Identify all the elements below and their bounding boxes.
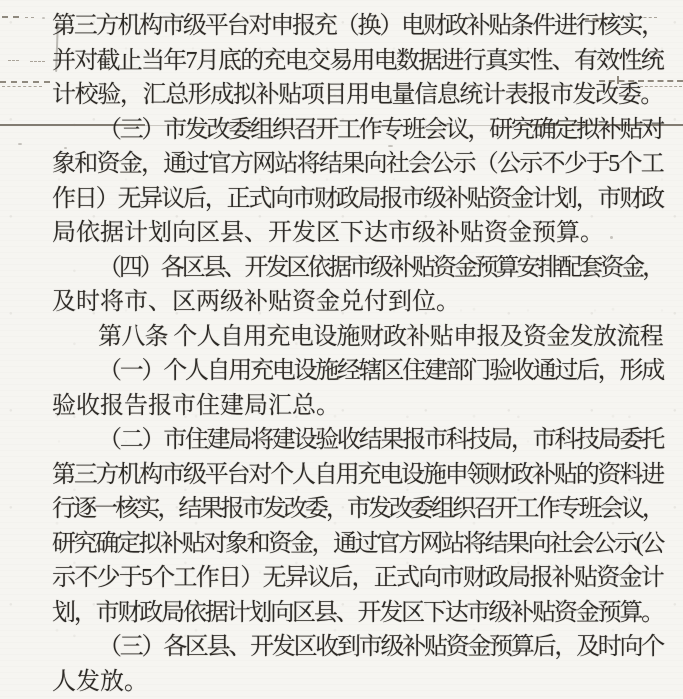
scan-artifact-dash <box>0 81 50 83</box>
text-line: （一）个人自用充电设施经辖区住建部门验收通过后，形成 <box>52 354 663 389</box>
text-line-content: （四）各区县、开发区依据市级补贴资金预算安排配套资金， <box>98 251 663 286</box>
text-line-content: （一）个人自用充电设施经辖区住建部门验收通过后，形成 <box>98 354 663 389</box>
text-line: 行逐一核实，结果报市发改委，市发改委组织召开工作专班会议， <box>52 492 663 527</box>
text-line: （二）市住建局将建设验收结果报市科技局，市科技局委托 <box>52 423 663 458</box>
text-line: （三）各区县、开发区收到市级补贴资金预算后，及时向个 <box>52 630 663 665</box>
text-line-content: 第三方机构市级平台对申报充（换）电财政补贴条件进行核实， <box>52 9 663 44</box>
text-line: 并对截止当年7月底的充电交易用电数据进行真实性、有效性统 <box>52 44 663 79</box>
text-line-content: 象和资金，通过官方网站将结果向社会公示（公示不少于5个工 <box>52 147 663 182</box>
scan-artifact-dash <box>2 16 19 18</box>
text-line: 及时将市、区两级补贴资金兑付到位。 <box>52 285 663 320</box>
text-line-content: （二）市住建局将建设验收结果报市科技局，市科技局委托 <box>98 423 663 458</box>
text-line-content: 行逐一核实，结果报市发改委，市发改委组织召开工作专班会议， <box>52 492 663 527</box>
scan-artifact-dash <box>25 17 34 18</box>
document-body: 第三方机构市级平台对申报充（换）电财政补贴条件进行核实，并对截止当年7月底的充电… <box>52 9 663 699</box>
text-line: 示不少于5个工作日）无异议后，正式向市财政局报补贴资金计 <box>52 561 663 596</box>
text-line: 作日）无异议后，正式向市财政局报市级补贴资金计划，市财政 <box>52 182 663 217</box>
scan-artifact-speck <box>18 143 22 145</box>
text-line: 验收报告报市住建局汇总。 <box>52 389 663 424</box>
scan-artifact-dash <box>8 60 19 61</box>
text-line-content: （三）各区县、开发区收到市级补贴资金预算后，及时向个 <box>98 630 663 665</box>
text-line: 第三方机构市级平台对申报充（换）电财政补贴条件进行核实， <box>52 9 663 44</box>
text-line-content: 验收报告报市住建局汇总。 <box>52 389 340 424</box>
text-line: 划，市财政局依据计划向区县、开发区下达市级补贴资金预算。 <box>52 596 663 631</box>
text-line: 第三方机构市级平台对个人自用充电设施申领财政补贴的资料进 <box>52 458 663 493</box>
text-line-content: 局依据计划向区县、开发区下达市级补贴资金预算。 <box>52 216 604 251</box>
text-line-content: 划，市财政局依据计划向区县、开发区下达市级补贴资金预算。 <box>52 596 663 631</box>
text-line: （三）市发改委组织召开工作专班会议，研究确定拟补贴对 <box>52 113 663 148</box>
text-line-content: 第八条 个人自用充电设施财政补贴申报及资金发放流程 <box>98 320 663 355</box>
scan-artifact-speck <box>42 17 45 19</box>
text-line-content: 及时将市、区两级补贴资金兑付到位。 <box>52 285 460 320</box>
text-line: （四）各区县、开发区依据市级补贴资金预算安排配套资金， <box>52 251 663 286</box>
text-line-content: 作日）无异议后，正式向市财政局报市级补贴资金计划，市财政 <box>52 182 663 217</box>
text-line: 研究确定拟补贴对象和资金，通过官方网站将结果向社会公示(公 <box>52 527 663 562</box>
text-line-content: （三）市发改委组织召开工作专班会议，研究确定拟补贴对 <box>98 113 663 148</box>
text-line-content: 研究确定拟补贴对象和资金，通过官方网站将结果向社会公示(公 <box>52 527 663 562</box>
text-line-content: 并对截止当年7月底的充电交易用电数据进行真实性、有效性统 <box>52 44 663 79</box>
document-page: 第三方机构市级平台对申报充（换）电财政补贴条件进行核实，并对截止当年7月底的充电… <box>0 0 683 699</box>
text-line: 象和资金，通过官方网站将结果向社会公示（公示不少于5个工 <box>52 147 663 182</box>
text-line: 局依据计划向区县、开发区下达市级补贴资金预算。 <box>52 216 663 251</box>
scan-artifact-dash <box>30 61 45 62</box>
text-line: 计校验，汇总形成拟补贴项目用电量信息统计表报市发改委。 <box>52 78 663 113</box>
scan-artifact-dash <box>2 86 42 87</box>
text-line-content: 人发放。 <box>52 665 148 699</box>
text-line-content: 第三方机构市级平台对个人自用充电设施申领财政补贴的资料进 <box>52 458 663 493</box>
text-line: 第八条 个人自用充电设施财政补贴申报及资金发放流程 <box>52 320 663 355</box>
text-line-content: 计校验，汇总形成拟补贴项目用电量信息统计表报市发改委。 <box>52 78 663 113</box>
text-line-content: 示不少于5个工作日）无异议后，正式向市财政局报补贴资金计 <box>52 561 663 596</box>
text-line: 人发放。 <box>52 665 663 699</box>
